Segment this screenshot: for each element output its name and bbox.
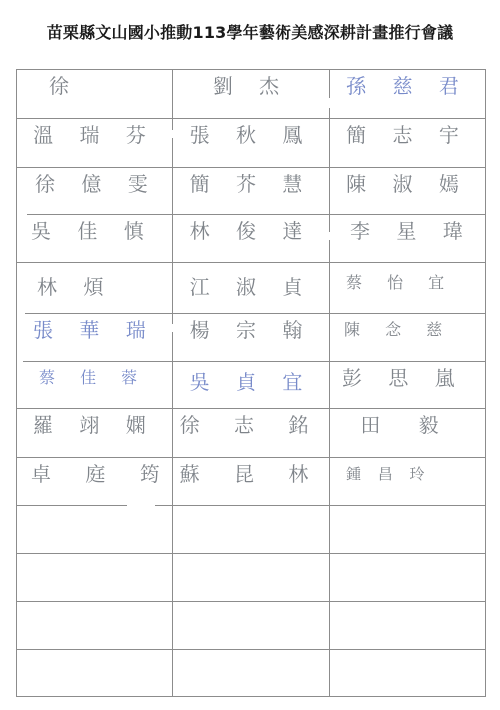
empty-cell [17, 506, 173, 553]
signature: 陳 念 慈 [330, 320, 485, 340]
signature: 鍾 昌 玲 [330, 464, 485, 484]
signature-cell: 林 俊 達 [173, 215, 330, 262]
signature-cell: 溫 瑞 芬 [17, 119, 173, 167]
signature: 吳 貞 宜 [173, 372, 329, 392]
scan-gap [171, 130, 175, 138]
table-row: 蔡 佳 蓉 吳 貞 宜 彭 思 嵐 [17, 362, 485, 409]
signature-cell: 徐 億 雯 [17, 168, 173, 214]
signature-cell: 陳 淑 嫣 [330, 168, 485, 214]
signature-cell: 徐 [17, 70, 173, 118]
signature-cell: 張 秋 鳳 [173, 119, 330, 167]
signature: 徐 志 銘 [173, 415, 329, 435]
signature-cell: 徐 志 銘 [173, 409, 330, 457]
signature: 溫 瑞 芬 [17, 125, 172, 145]
empty-cell [330, 554, 485, 601]
signature: 楊 宗 翰 [173, 320, 329, 340]
table-row: 卓 庭 筠 蘇 昆 林 鍾 昌 玲 [17, 458, 485, 506]
table-row [17, 554, 485, 602]
table-row: 張 華 瑞 楊 宗 翰 陳 念 慈 [17, 314, 485, 362]
signature-table: 徐 劉 杰 孫 慈 君 溫 瑞 芬 張 秋 鳳 簡 志 宇 徐 億 雯 簡 芥 … [16, 69, 486, 697]
empty-cell [173, 554, 330, 601]
empty-cell [173, 602, 330, 649]
signature-cell: 彭 思 嵐 [330, 362, 485, 408]
signature: 簡 芥 慧 [173, 174, 329, 194]
signature: 徐 億 雯 [17, 174, 172, 194]
signature-cell: 吳 佳 慎 [17, 215, 173, 262]
signature: 蔡 佳 蓉 [17, 368, 172, 388]
signature: 林 煩 [17, 277, 172, 297]
table-row [17, 602, 485, 650]
empty-cell [330, 506, 485, 553]
signature-cell: 羅 翊 嫻 [17, 409, 173, 457]
signature: 劉 杰 [173, 76, 329, 96]
empty-cell [173, 506, 330, 553]
signature: 羅 翊 嫻 [17, 415, 172, 435]
scan-gap [17, 357, 23, 363]
signature-cell: 林 煩 [17, 263, 173, 313]
signature: 蘇 昆 林 [173, 464, 329, 484]
scan-gap [171, 324, 175, 332]
signature: 彭 思 嵐 [330, 368, 485, 388]
scan-gap [17, 212, 27, 218]
signature: 蔡 怡 宜 [330, 273, 485, 293]
table-row [17, 650, 485, 696]
scan-gap [328, 98, 332, 108]
signature-cell: 江 淑 貞 [173, 263, 330, 313]
scan-gap [328, 232, 332, 240]
scan-gap [17, 309, 25, 315]
signature-cell: 鍾 昌 玲 [330, 458, 485, 505]
table-row [17, 506, 485, 554]
empty-cell [17, 602, 173, 649]
signature: 吳 佳 慎 [17, 221, 172, 241]
signature-cell: 李 星 瑋 [330, 215, 485, 262]
signature-cell: 簡 志 宇 [330, 119, 485, 167]
document-title: 苗栗縣文山國小推動113學年藝術美感深耕計畫推行會議 [0, 20, 500, 43]
empty-cell [17, 554, 173, 601]
signature-cell: 蔡 佳 蓉 [17, 362, 173, 408]
table-row: 羅 翊 嫻 徐 志 銘 田 毅 [17, 409, 485, 458]
table-row: 徐 億 雯 簡 芥 慧 陳 淑 嫣 [17, 168, 485, 215]
signature-cell: 卓 庭 筠 [17, 458, 173, 505]
signature: 卓 庭 筠 [17, 464, 172, 484]
signature-cell: 蔡 怡 宜 [330, 263, 485, 313]
signature: 田 毅 [330, 415, 485, 435]
scan-gap [127, 503, 155, 509]
signature: 江 淑 貞 [173, 277, 329, 297]
table-row: 溫 瑞 芬 張 秋 鳳 簡 志 宇 [17, 119, 485, 168]
signature: 徐 [17, 76, 172, 96]
signature-cell: 田 毅 [330, 409, 485, 457]
empty-cell [17, 650, 173, 696]
table-row: 林 煩 江 淑 貞 蔡 怡 宜 [17, 263, 485, 314]
empty-cell [173, 650, 330, 696]
signature-cell: 蘇 昆 林 [173, 458, 330, 505]
empty-cell [330, 602, 485, 649]
signature-cell: 劉 杰 [173, 70, 330, 118]
signature: 李 星 瑋 [330, 221, 485, 241]
empty-cell [330, 650, 485, 696]
signature: 孫 慈 君 [330, 76, 485, 96]
signature: 林 俊 達 [173, 221, 329, 241]
signature-cell: 孫 慈 君 [330, 70, 485, 118]
signature-cell: 簡 芥 慧 [173, 168, 330, 214]
signature: 簡 志 宇 [330, 125, 485, 145]
signature-cell: 楊 宗 翰 [173, 314, 330, 361]
table-row: 徐 劉 杰 孫 慈 君 [17, 70, 485, 119]
signature: 張 秋 鳳 [173, 125, 329, 145]
signature-cell: 吳 貞 宜 [173, 362, 330, 408]
table-row: 吳 佳 慎 林 俊 達 李 星 瑋 [17, 215, 485, 263]
signature-cell: 張 華 瑞 [17, 314, 173, 361]
signature: 陳 淑 嫣 [330, 174, 485, 194]
signature: 張 華 瑞 [17, 320, 172, 340]
signature-cell: 陳 念 慈 [330, 314, 485, 361]
